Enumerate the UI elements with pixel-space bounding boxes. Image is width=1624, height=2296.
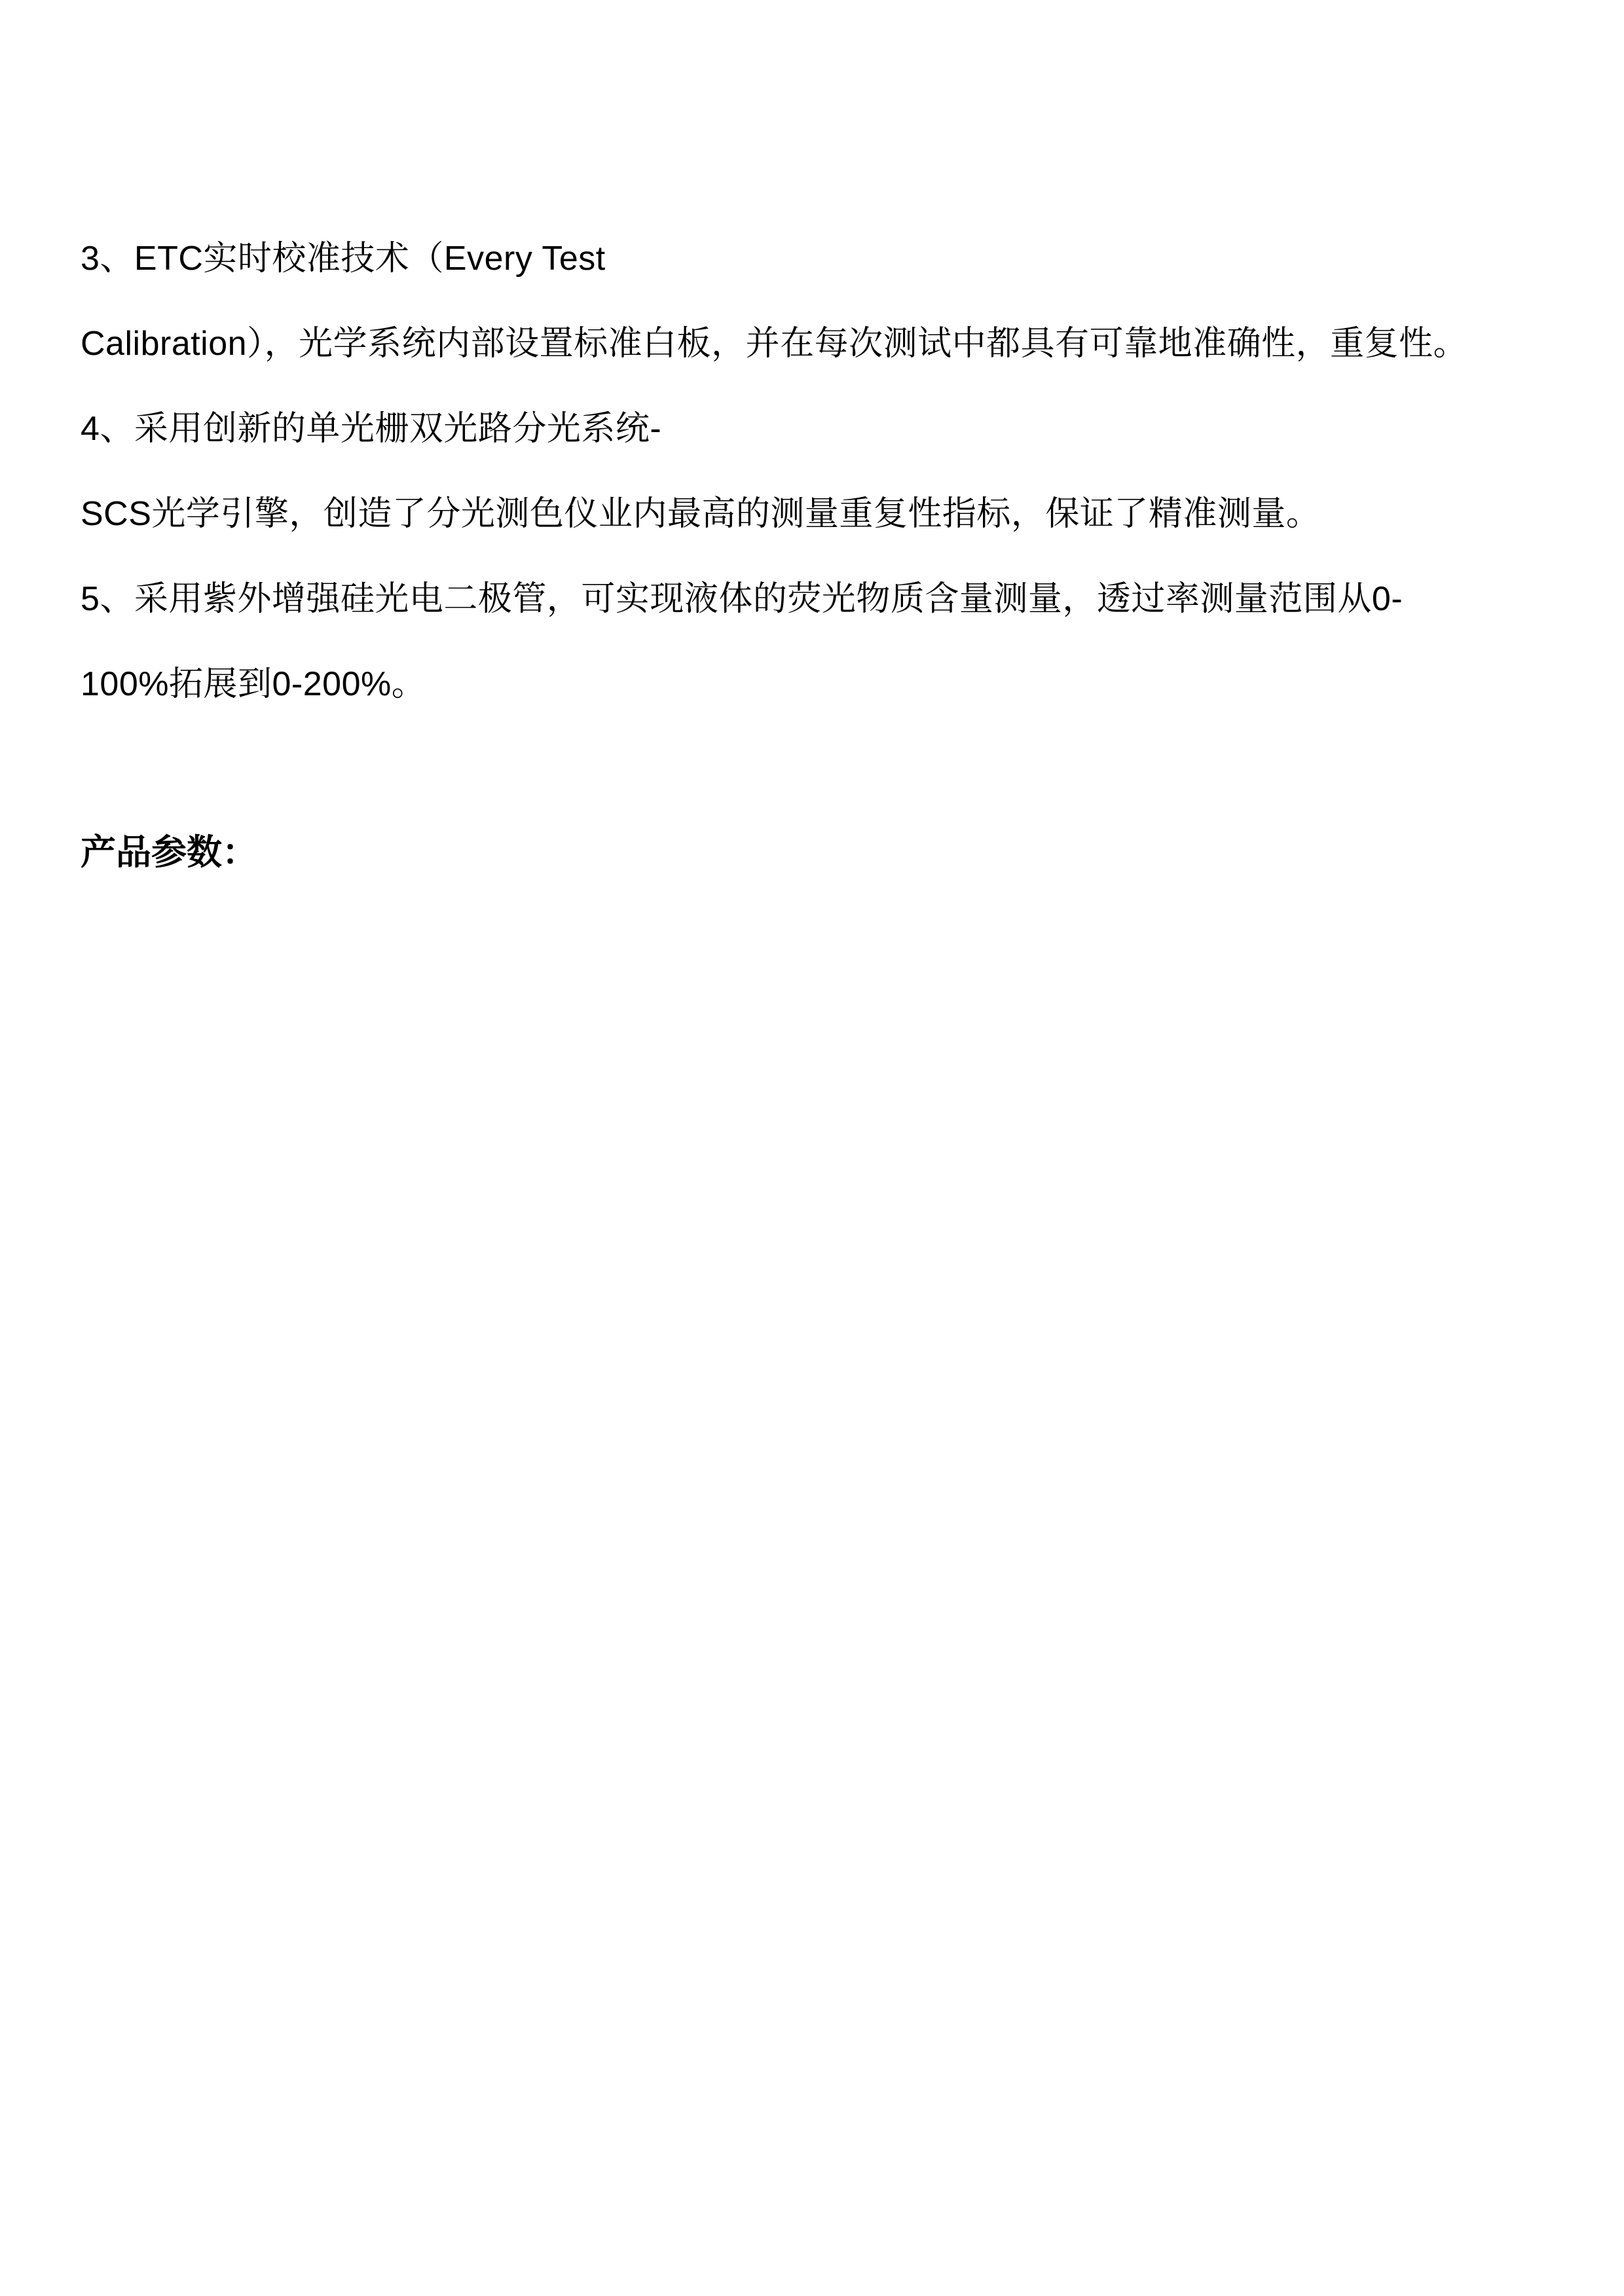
paragraph-line-5: 5、采用紫外增强硅光电二极管，可实现液体的荧光物质含量测量，透过率测量范围从0- bbox=[81, 556, 1545, 642]
paragraph-line-1: 3、ETC实时校准技术（Every Test bbox=[81, 216, 1545, 301]
paragraph-line-6: 100%拓展到0-200%。 bbox=[81, 642, 1545, 727]
document-content: 3、ETC实时校准技术（Every Test Calibration），光学系统… bbox=[0, 0, 1624, 895]
product-params-heading: 产品参数： bbox=[81, 810, 1545, 895]
paragraph-line-4: SCS光学引擎，创造了分光测色仪业内最高的测量重复性指标，保证了精准测量。 bbox=[81, 471, 1545, 556]
paragraph-line-3: 4、采用创新的单光栅双光路分光系统- bbox=[81, 386, 1545, 471]
paragraph-line-2: Calibration），光学系统内部设置标准白板，并在每次测试中都具有可靠地准… bbox=[81, 301, 1545, 386]
document-page: 3、ETC实时校准技术（Every Test Calibration），光学系统… bbox=[0, 0, 1624, 2296]
